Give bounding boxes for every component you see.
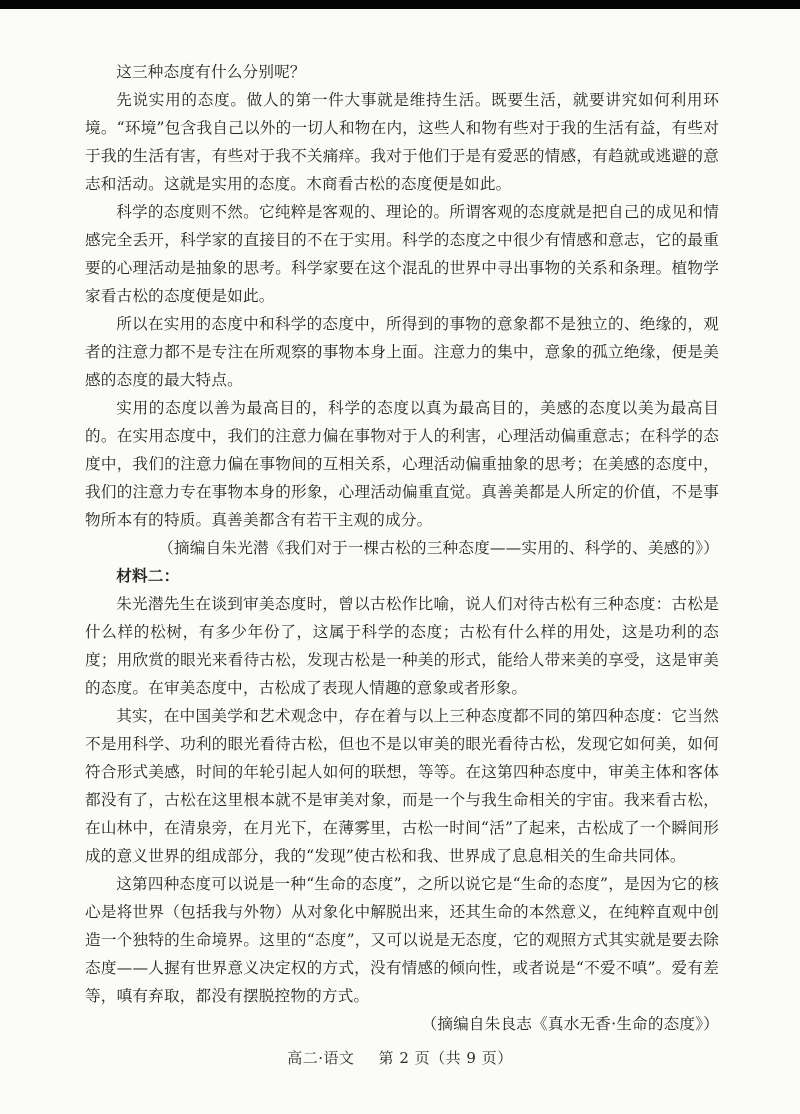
body-paragraph: 实用的态度以善为最高目的，科学的态度以真为最高目的，美感的态度以美为最高目的。在… [85, 394, 719, 534]
source-attribution: （摘编自朱良志《真水无香·生命的态度》） [85, 1010, 719, 1038]
footer-page-number: 第 2 页（共 9 页） [379, 1049, 513, 1067]
footer-course-label: 高二·语文 [287, 1049, 354, 1067]
page-footer: 高二·语文第 2 页（共 9 页） [0, 1046, 800, 1070]
body-paragraph: 这三种态度有什么分别呢？ [85, 58, 719, 86]
body-paragraph: 所以在实用的态度中和科学的态度中，所得到的事物的意象都不是独立的、绝缘的，观者的… [85, 310, 719, 394]
exam-page-content: 这三种态度有什么分别呢？ 先说实用的态度。做人的第一件大事就是维持生活。既要生活… [85, 58, 719, 1038]
body-paragraph: 其实，在中国美学和艺术观念中，存在着与以上三种态度都不同的第四种态度：它当然不是… [85, 702, 719, 870]
body-paragraph: 这第四种态度可以说是一种“生命的态度”，之所以说它是“生命的态度”，是因为它的核… [85, 870, 719, 1010]
scan-edge-bar [0, 0, 800, 9]
body-paragraph: 先说实用的态度。做人的第一件大事就是维持生活。既要生活，就要讲究如何利用环境。“… [85, 86, 719, 198]
body-paragraph: 朱光潜先生在谈到审美态度时，曾以古松作比喻，说人们对待古松有三种态度：古松是什么… [85, 590, 719, 702]
body-paragraph: 科学的态度则不然。它纯粹是客观的、理论的。所谓客观的态度就是把自己的成见和情感完… [85, 198, 719, 310]
source-attribution: （摘编自朱光潜《我们对于一棵古松的三种态度——实用的、科学的、美感的》） [85, 534, 719, 562]
material-two-heading: 材料二： [85, 562, 719, 590]
